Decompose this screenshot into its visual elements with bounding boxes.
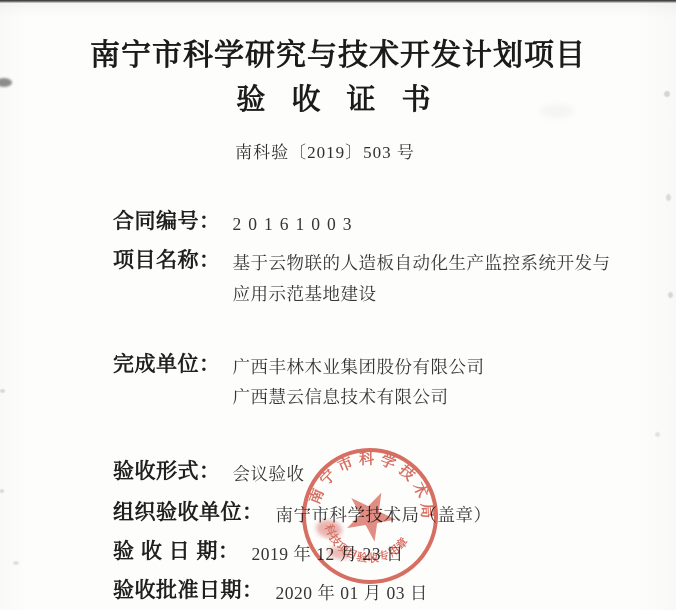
project-name-value: 基于云物联的人造板自动化生产监控系统开发与应用示范基地建设 xyxy=(233,247,617,310)
field-label: 完成单位： xyxy=(113,351,221,378)
contract-number-value: 20161003 xyxy=(233,208,359,240)
stamp-star-icon xyxy=(339,482,404,546)
scan-artifact-top-edge xyxy=(0,0,676,3)
field-project-name: 项目名称： 基于云物联的人造板自动化生产监控系统开发与应用示范基地建设 xyxy=(113,247,617,310)
certificate-page: 南宁市科学研究与技术开发计划项目 验 收 证 书 南科验〔2019〕503 号 … xyxy=(0,0,676,610)
scan-speck xyxy=(0,389,5,393)
document-number: 南科验〔2019〕503 号 xyxy=(0,138,676,163)
field-acceptance-form: 验收形式： 会议验收 xyxy=(113,458,305,490)
field-label: 验 收 日 期： xyxy=(113,538,240,565)
acceptance-form-value: 会议验收 xyxy=(233,458,305,490)
completing-unit-1: 广西丰林木业集团股份有限公司 xyxy=(233,352,485,382)
scan-speck xyxy=(668,292,673,298)
completing-units-value: 广西丰林木业集团股份有限公司广西慧云信息技术有限公司 xyxy=(233,351,485,412)
field-label: 合同编号： xyxy=(113,208,221,235)
completing-unit-2: 广西慧云信息技术有限公司 xyxy=(233,382,485,412)
field-label: 验收批准日期： xyxy=(113,577,264,604)
official-seal-stamp: 南宁市科学技术局 科技项目验收专用章 xyxy=(295,441,445,591)
certificate-title-line2: 验 收 证 书 xyxy=(0,77,676,118)
scan-speck xyxy=(655,432,660,437)
scan-speck xyxy=(666,194,671,201)
scan-speck xyxy=(13,561,19,565)
certificate-title-line1: 南宁市科学研究与技术开发计划项目 xyxy=(0,30,676,74)
field-completing-units: 完成单位： 广西丰林木业集团股份有限公司广西慧云信息技术有限公司 xyxy=(113,351,485,412)
scan-speck xyxy=(0,489,4,493)
field-label: 验收形式： xyxy=(113,458,221,485)
field-label: 组织验收单位： xyxy=(113,499,264,526)
field-label: 项目名称： xyxy=(113,247,221,274)
field-contract-number: 合同编号： 20161003 xyxy=(113,208,359,240)
